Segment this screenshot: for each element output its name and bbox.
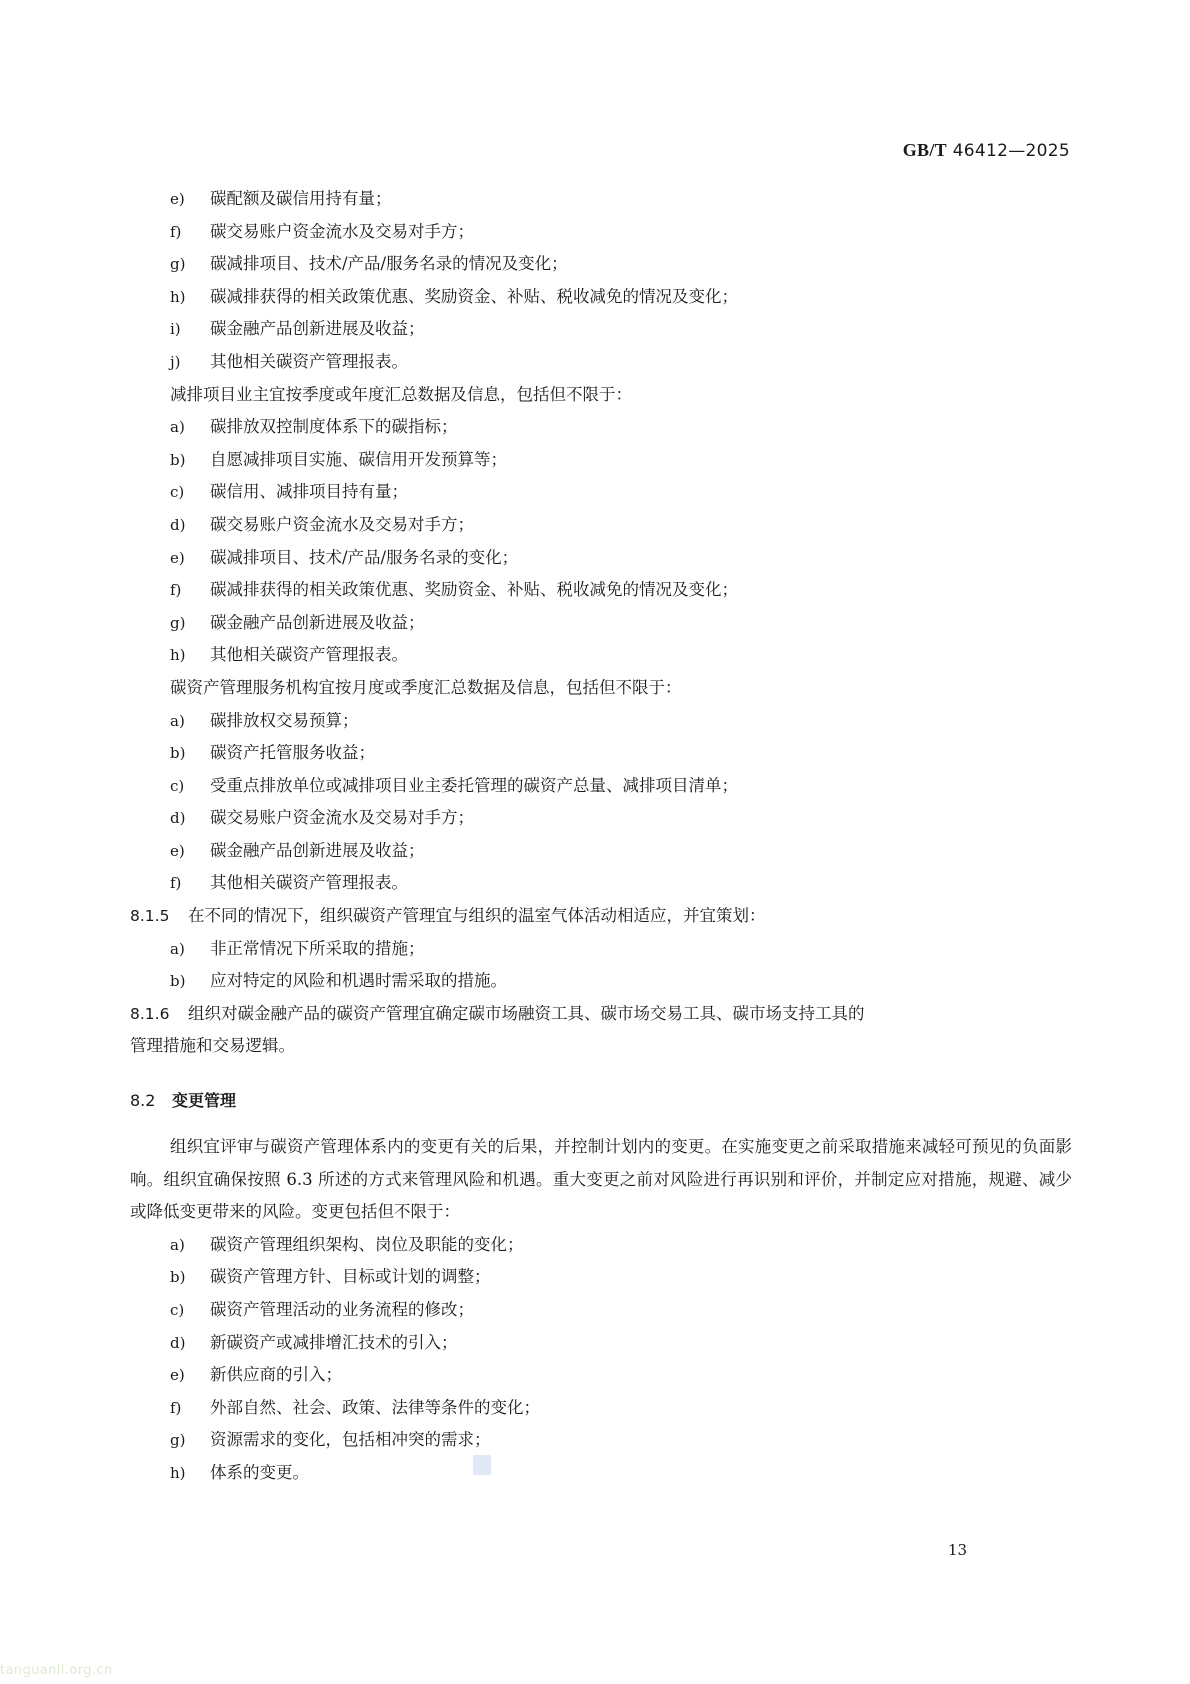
- list-text: 其他相关碳资产管理报表。: [210, 873, 408, 892]
- list-text: 碳资产管理组织架构、岗位及职能的变化；: [210, 1235, 524, 1254]
- list-text: 碳排放权交易预算；: [210, 711, 359, 730]
- list-label: a): [170, 411, 210, 444]
- service-agency-list: a)碳排放权交易预算； b)碳资产托管服务收益； c)受重点排放单位或减排项目业…: [130, 705, 1072, 901]
- list-text: 应对特定的风险和机遇时需采取的措施。: [210, 971, 507, 990]
- list-item: j)其他相关碳资产管理报表。: [130, 346, 1072, 379]
- list-item: h)其他相关碳资产管理报表。: [130, 639, 1072, 672]
- list-text: 碳资产托管服务收益；: [210, 743, 375, 762]
- list-text: 体系的变更。: [210, 1463, 309, 1482]
- list-item: e)新供应商的引入；: [130, 1359, 1072, 1392]
- section-title: 变更管理: [172, 1091, 236, 1110]
- list-text: 碳资产管理活动的业务流程的修改；: [210, 1300, 474, 1319]
- list-text: 碳交易账户资金流水及交易对手方；: [210, 515, 474, 534]
- list-text: 碳信用、减排项目持有量；: [210, 482, 408, 501]
- list-text: 资源需求的变化，包括相冲突的需求；: [210, 1430, 491, 1449]
- list-label: f): [170, 574, 210, 607]
- list-text: 碳交易账户资金流水及交易对手方；: [210, 222, 474, 241]
- list-label: a): [170, 1229, 210, 1262]
- list-label: g): [170, 1424, 210, 1457]
- list-text: 其他相关碳资产管理报表。: [210, 352, 408, 371]
- list-text: 其他相关碳资产管理报表。: [210, 645, 408, 664]
- list-label: h): [170, 639, 210, 672]
- list-item: g)碳金融产品创新进展及收益；: [130, 607, 1072, 640]
- list-item: a)碳资产管理组织架构、岗位及职能的变化；: [130, 1229, 1072, 1262]
- document-body: e)碳配额及碳信用持有量； f)碳交易账户资金流水及交易对手方； g)碳减排项目…: [130, 183, 1072, 1490]
- list-item: a)非正常情况下所采取的措施；: [130, 933, 1072, 966]
- list-label: b): [170, 1261, 210, 1294]
- list-label: c): [170, 476, 210, 509]
- list-label: e): [170, 1359, 210, 1392]
- list-item: b)碳资产托管服务收益；: [130, 737, 1072, 770]
- list-item: f)碳减排获得的相关政策优惠、奖励资金、补贴、税收减免的情况及变化；: [130, 574, 1072, 607]
- list-text: 碳交易账户资金流水及交易对手方；: [210, 808, 474, 827]
- list-text: 碳金融产品创新进展及收益；: [210, 319, 425, 338]
- list-label: f): [170, 216, 210, 249]
- page-number: 13: [948, 1541, 967, 1559]
- list-item: d)新碳资产或减排增汇技术的引入；: [130, 1327, 1072, 1360]
- list-label: d): [170, 1327, 210, 1360]
- list-text: 碳资产管理方针、目标或计划的调整；: [210, 1267, 491, 1286]
- site-watermark: tanguanli.org.cn: [0, 1663, 113, 1678]
- change-list: a)碳资产管理组织架构、岗位及职能的变化； b)碳资产管理方针、目标或计划的调整…: [130, 1229, 1072, 1490]
- list-label: i): [170, 313, 210, 346]
- clause-text: 组织对碳金融产品的碳资产管理宜确定碳市场融资工具、碳市场交易工具、碳市场支持工具…: [188, 1004, 865, 1023]
- list-text: 新供应商的引入；: [210, 1365, 342, 1384]
- faint-stamp-mark: [473, 1455, 491, 1475]
- list-item: e)碳减排项目、技术/产品/服务名录的变化；: [130, 542, 1072, 575]
- list-text: 外部自然、社会、政策、法律等条件的变化；: [210, 1398, 540, 1417]
- list-text: 新碳资产或减排增汇技术的引入；: [210, 1333, 458, 1352]
- list-item: b)碳资产管理方针、目标或计划的调整；: [130, 1261, 1072, 1294]
- list-label: g): [170, 607, 210, 640]
- list-label: d): [170, 509, 210, 542]
- clause-8-1-5: 8.1.5在不同的情况下，组织碳资产管理宜与组织的温室气体活动相适应，并宜策划：: [130, 900, 1072, 933]
- list-text: 碳配额及碳信用持有量；: [210, 189, 392, 208]
- list-item: d)碳交易账户资金流水及交易对手方；: [130, 802, 1072, 835]
- clause-8-1-6: 8.1.6组织对碳金融产品的碳资产管理宜确定碳市场融资工具、碳市场交易工具、碳市…: [130, 998, 1072, 1031]
- list-item: f)外部自然、社会、政策、法律等条件的变化；: [130, 1392, 1072, 1425]
- list-text: 自愿减排项目实施、碳信用开发预算等；: [210, 450, 507, 469]
- clause-number: 8.1.6: [130, 998, 188, 1031]
- list-label: j): [170, 346, 210, 379]
- list-continued: e)碳配额及碳信用持有量； f)碳交易账户资金流水及交易对手方； g)碳减排项目…: [130, 183, 1072, 379]
- section-number: 8.2: [130, 1085, 172, 1117]
- list-text: 碳减排获得的相关政策优惠、奖励资金、补贴、税收减免的情况及变化；: [210, 287, 738, 306]
- list-item: f)碳交易账户资金流水及交易对手方；: [130, 216, 1072, 249]
- project-owner-list: a)碳排放双控制度体系下的碳指标； b)自愿减排项目实施、碳信用开发预算等； c…: [130, 411, 1072, 672]
- project-owner-lead: 减排项目业主宜按季度或年度汇总数据及信息，包括但不限于：: [130, 379, 1072, 412]
- list-label: f): [170, 1392, 210, 1425]
- list-item: g)碳减排项目、技术/产品/服务名录的情况及变化；: [130, 248, 1072, 281]
- list-item: i)碳金融产品创新进展及收益；: [130, 313, 1072, 346]
- section-paragraph: 组织宜评审与碳资产管理体系内的变更有关的后果，并控制计划内的变更。在实施变更之前…: [130, 1131, 1072, 1229]
- service-agency-lead: 碳资产管理服务机构宜按月度或季度汇总数据及信息，包括但不限于：: [130, 672, 1072, 705]
- list-label: e): [170, 183, 210, 216]
- list-text: 碳减排获得的相关政策优惠、奖励资金、补贴、税收减免的情况及变化；: [210, 580, 738, 599]
- list-label: c): [170, 770, 210, 803]
- list-text: 非正常情况下所采取的措施；: [210, 939, 425, 958]
- list-item: b)应对特定的风险和机遇时需采取的措施。: [130, 965, 1072, 998]
- list-label: c): [170, 1294, 210, 1327]
- list-label: e): [170, 835, 210, 868]
- list-item: c)碳信用、减排项目持有量；: [130, 476, 1072, 509]
- list-label: b): [170, 444, 210, 477]
- list-item: h)体系的变更。: [130, 1457, 1072, 1490]
- list-text: 碳金融产品创新进展及收益；: [210, 841, 425, 860]
- clause-number: 8.1.5: [130, 900, 188, 933]
- list-label: f): [170, 867, 210, 900]
- list-label: e): [170, 542, 210, 575]
- section-heading-8-2: 8.2变更管理: [130, 1085, 1072, 1117]
- list-text: 碳金融产品创新进展及收益；: [210, 613, 425, 632]
- list-item: d)碳交易账户资金流水及交易对手方；: [130, 509, 1072, 542]
- list-label: h): [170, 1457, 210, 1490]
- list-item: a)碳排放权交易预算；: [130, 705, 1072, 738]
- list-label: a): [170, 933, 210, 966]
- list-item: f)其他相关碳资产管理报表。: [130, 867, 1072, 900]
- clause-text: 在不同的情况下，组织碳资产管理宜与组织的温室气体活动相适应，并宜策划：: [188, 906, 766, 925]
- list-label: b): [170, 737, 210, 770]
- list-text: 碳排放双控制度体系下的碳指标；: [210, 417, 458, 436]
- list-item: b)自愿减排项目实施、碳信用开发预算等；: [130, 444, 1072, 477]
- list-item: a)碳排放双控制度体系下的碳指标；: [130, 411, 1072, 444]
- list-item: g)资源需求的变化，包括相冲突的需求；: [130, 1424, 1072, 1457]
- list-item: e)碳配额及碳信用持有量；: [130, 183, 1072, 216]
- standard-number: 46412—2025: [953, 141, 1070, 161]
- list-label: d): [170, 802, 210, 835]
- standard-prefix: GB/T: [903, 140, 947, 160]
- list-text: 受重点排放单位或减排项目业主委托管理的碳资产总量、减排项目清单；: [210, 776, 738, 795]
- list-item: c)碳资产管理活动的业务流程的修改；: [130, 1294, 1072, 1327]
- list-label: a): [170, 705, 210, 738]
- list-item: c)受重点排放单位或减排项目业主委托管理的碳资产总量、减排项目清单；: [130, 770, 1072, 803]
- list-label: g): [170, 248, 210, 281]
- list-item: h)碳减排获得的相关政策优惠、奖励资金、补贴、税收减免的情况及变化；: [130, 281, 1072, 314]
- list-text: 碳减排项目、技术/产品/服务名录的情况及变化；: [210, 254, 568, 273]
- list-label: h): [170, 281, 210, 314]
- list-item: e)碳金融产品创新进展及收益；: [130, 835, 1072, 868]
- standard-header: GB/T 46412—2025: [903, 140, 1070, 161]
- list-label: b): [170, 965, 210, 998]
- list-text: 碳减排项目、技术/产品/服务名录的变化；: [210, 548, 518, 567]
- clause-8-1-6-continued: 管理措施和交易逻辑。: [130, 1030, 1072, 1063]
